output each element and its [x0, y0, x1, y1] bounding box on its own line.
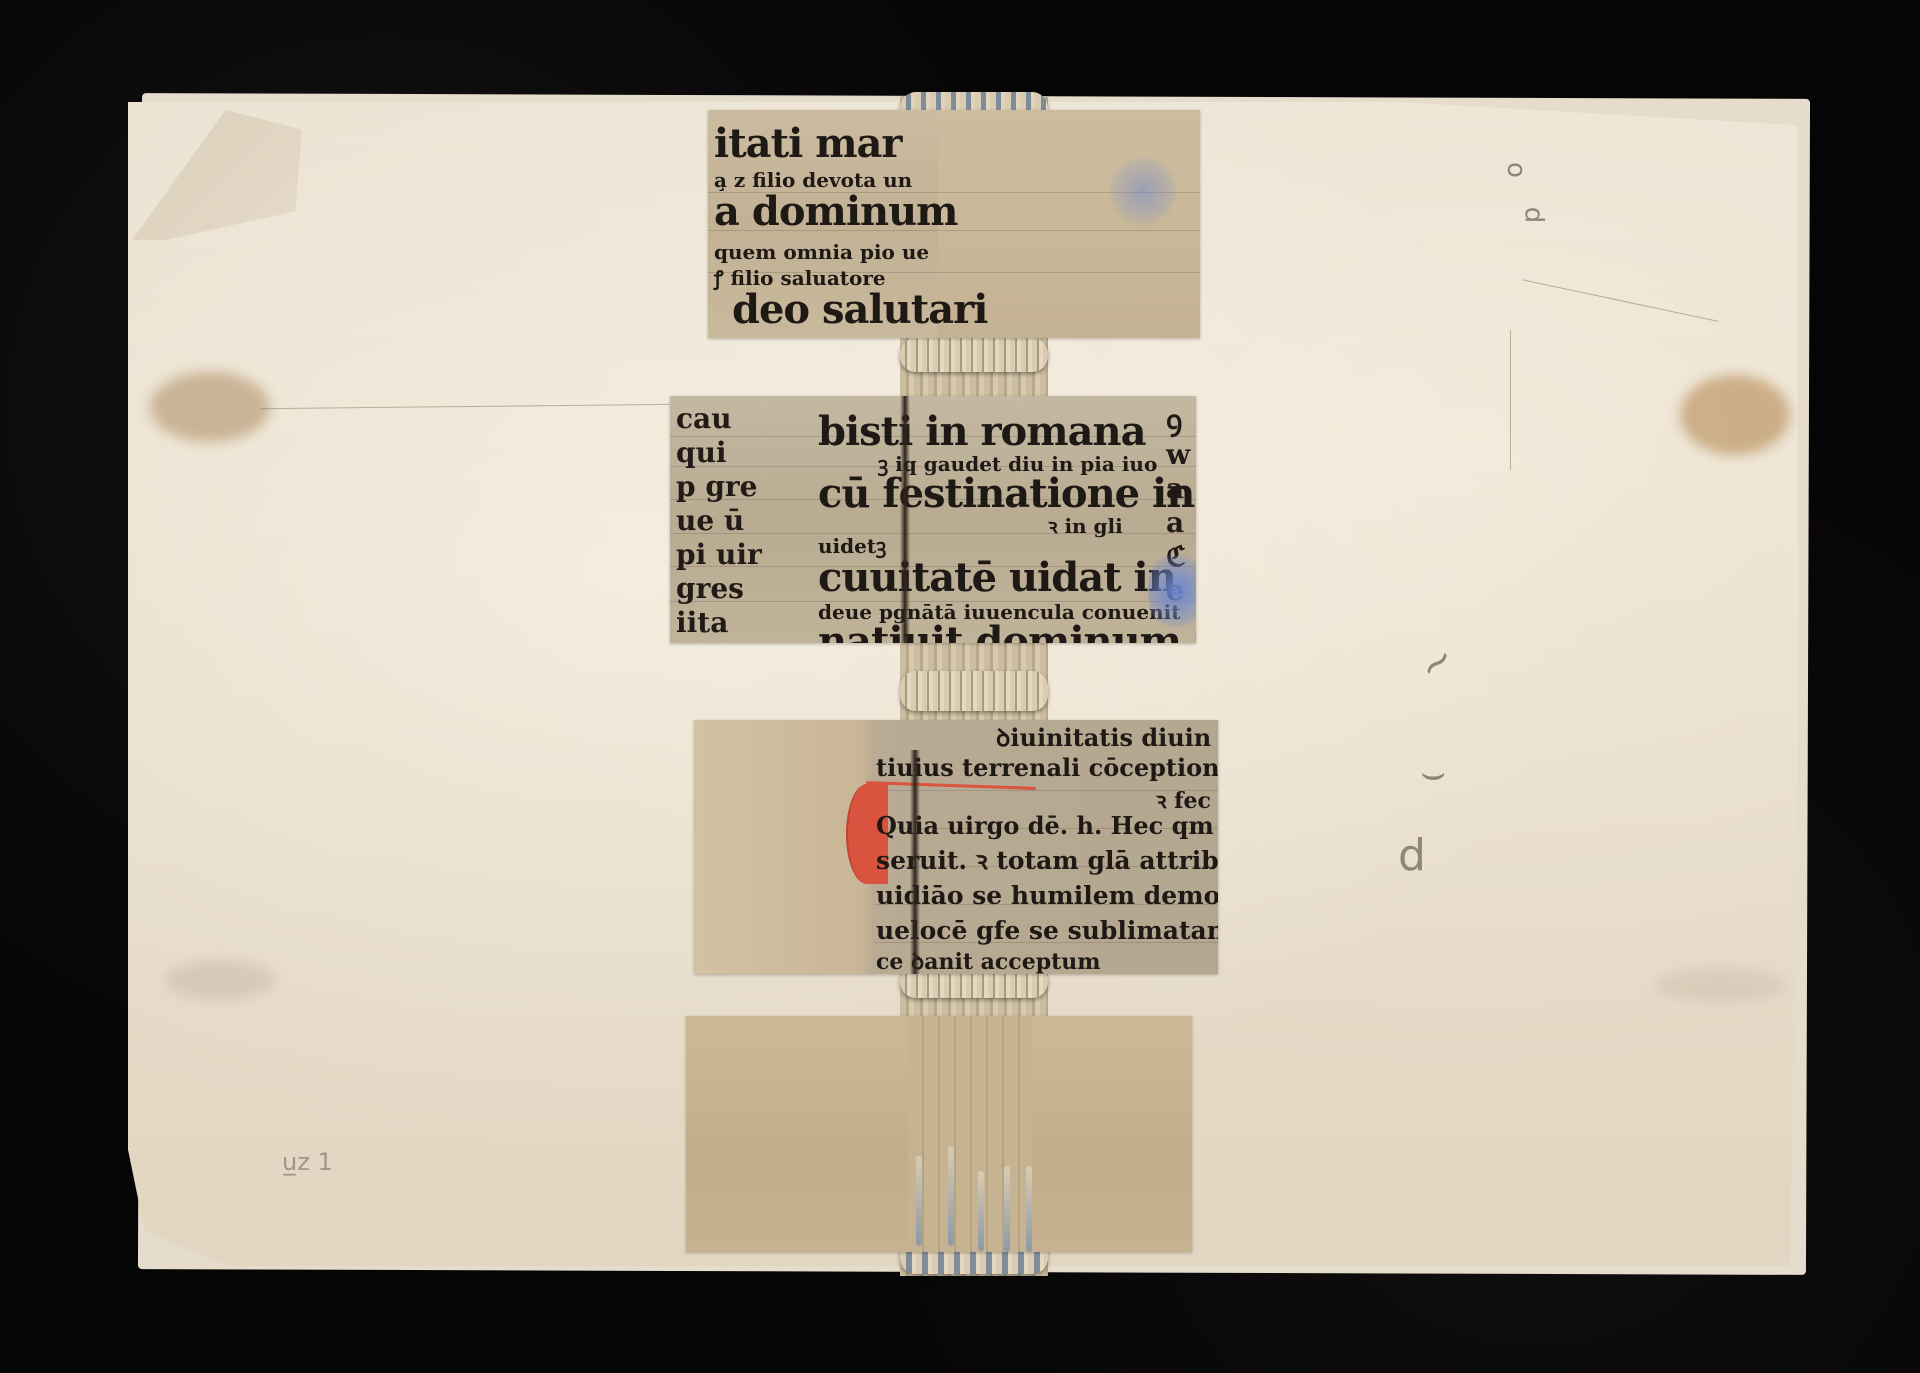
fold-crease: [910, 750, 920, 974]
manuscript-line: ce ꝺanit acceptum: [876, 951, 1218, 973]
right-lower-tear: [1655, 968, 1785, 1002]
sewing-thread-end: [948, 1146, 954, 1246]
sewing-thread-end: [1004, 1166, 1010, 1252]
manuscript-line: ꝛ in gli: [818, 516, 1196, 536]
manuscript-line: tiuius terrenali cōceptione in: [876, 756, 1218, 780]
manuscript-line: uidetꝫ: [818, 536, 1196, 556]
paper-crease-right-2: [1510, 330, 1511, 470]
right-tear-stain: [1680, 375, 1790, 455]
pencil-mark-right-2: ⌣: [1420, 750, 1446, 796]
sewing-station-2: [900, 338, 1048, 372]
parchment-strip-bottom: [686, 1016, 1192, 1252]
sewing-thread-end: [916, 1156, 922, 1246]
parchment-strip-lower-middle: ꝺiuinitatis diuin tiuius terrenali cōcep…: [694, 720, 1218, 974]
manuscript-line: a̧ z filio devota un: [714, 170, 987, 190]
sewing-station-3: [900, 671, 1048, 711]
manuscript-line: cū festinatione in: [818, 474, 1196, 514]
sewing-thread-end: [1026, 1166, 1032, 1252]
pencil-mark-top-right-2: d: [1518, 207, 1548, 224]
manuscript-line: itati mar: [714, 124, 987, 164]
blue-ink-trace: [1108, 156, 1178, 226]
manuscript-line: cuuitatē uidat in: [818, 558, 1196, 598]
pencil-mark-top-right-1: o: [1501, 162, 1531, 178]
manuscript-line: bisti in romana: [818, 412, 1196, 452]
manuscript-line: a dominum: [714, 192, 987, 232]
manuscript-line: ꝭ filio saluatore: [714, 268, 987, 288]
parchment-strip-top: itati mar a̧ z filio devota un a dominum…: [708, 110, 1200, 338]
pencil-mark-bottom-left: u̲z 1: [282, 1148, 333, 1176]
left-tear-stain: [150, 372, 270, 442]
pencil-mark-right-3: d: [1398, 830, 1426, 881]
manuscript-line: uelocē gfe se sublimatam: [876, 918, 1218, 943]
fold-crease: [900, 396, 910, 643]
left-column-fragment: cauquip gre ue ūpi uirgres iita: [676, 402, 762, 640]
manuscript-line: deo salutari: [714, 290, 987, 330]
parchment-strip-upper-middle: cauquip gre ue ūpi uirgres iita bisti in…: [670, 396, 1196, 643]
left-lower-tear: [165, 960, 275, 1000]
manuscript-line: natiuit dominum za: [818, 622, 1196, 643]
manuscript-line: uidiāo se humilem demon: [876, 883, 1218, 908]
manuscript-line: ꝺiuinitatis diuin: [876, 726, 1218, 750]
sewing-thread-end: [978, 1171, 984, 1251]
manuscript-line: quem omnia pio ue: [714, 242, 987, 262]
manuscript-line: seruit. ꝛ totam glā attribu: [876, 848, 1218, 873]
manuscript-line: ꝛ fec: [876, 790, 1218, 812]
manuscript-line: Quia uirgo dē. h. Hec qm in uili: [876, 814, 1218, 838]
